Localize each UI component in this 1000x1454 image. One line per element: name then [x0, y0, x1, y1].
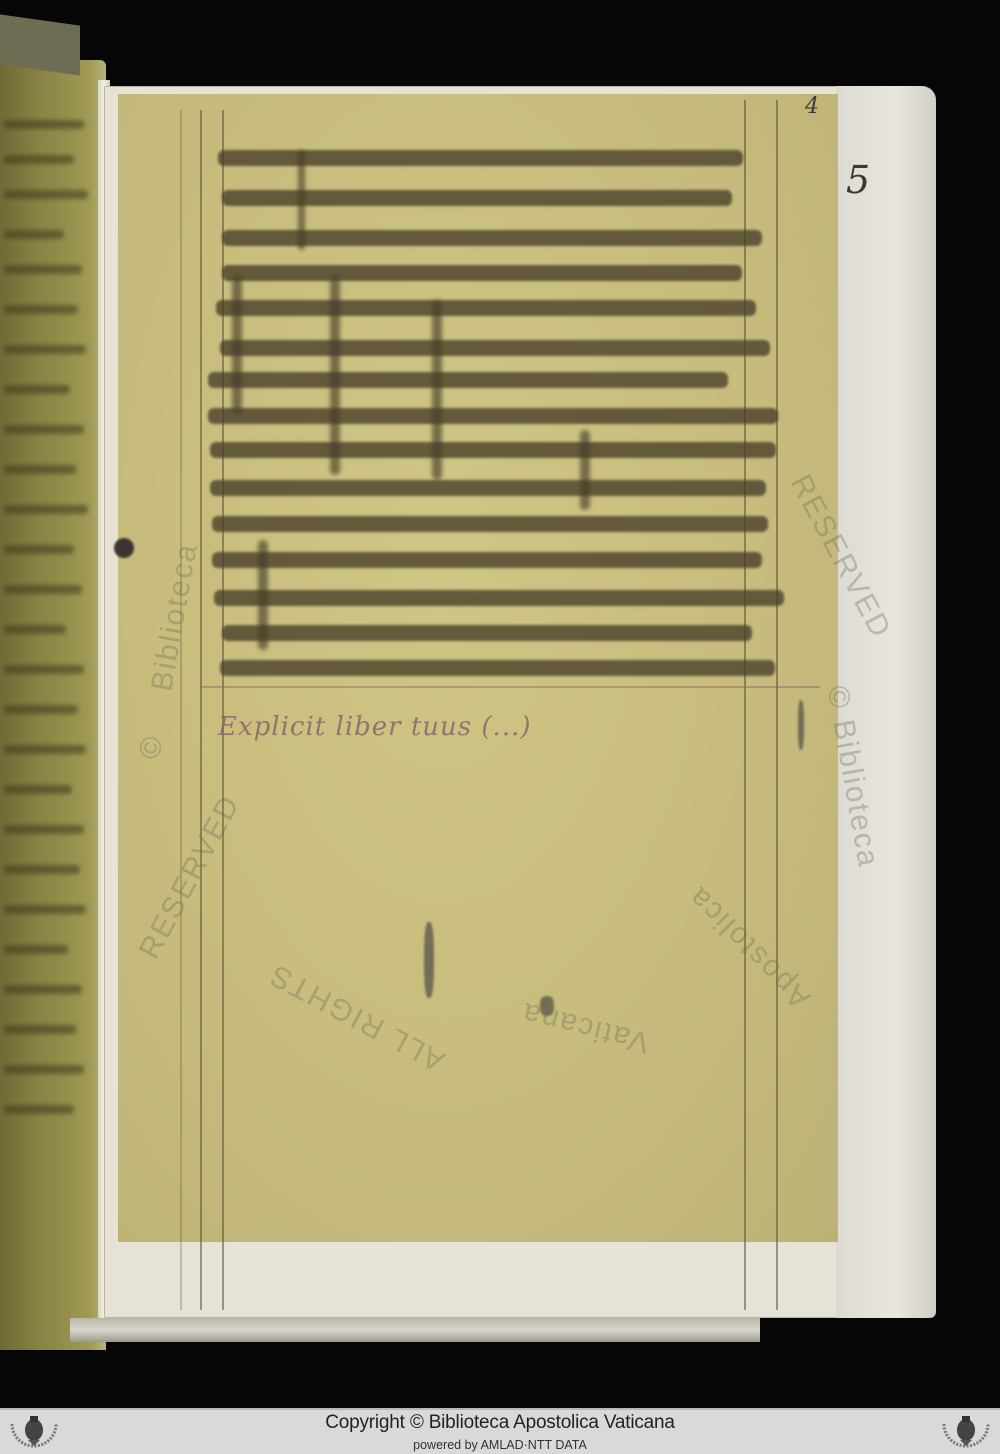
folio-number-ink: 4 [805, 94, 819, 119]
manuscript-viewer-stage: 4 5 Explicit liber tuus (...) Biblioteca… [0, 0, 1000, 1408]
ruling-line [776, 100, 778, 1310]
ruling-line [180, 110, 182, 1310]
copyright-footer: Copyright © Biblioteca Apostolica Vatica… [0, 1408, 1000, 1454]
ruling-line [222, 110, 224, 1310]
copyright-title: Copyright © Biblioteca Apostolica Vatica… [0, 1412, 1000, 1434]
explicit-rubric: Explicit liber tuus (...) [218, 712, 532, 742]
ruling-line [744, 100, 746, 1310]
facing-page-left [0, 60, 106, 1350]
ruling-line [200, 686, 820, 688]
powered-by-text: powered by AMLAD·NTT DATA [0, 1438, 1000, 1452]
ruling-line [200, 110, 202, 1310]
vatican-library-seal-icon [938, 1414, 994, 1454]
folio-number-pencil: 5 [846, 158, 870, 202]
book-board-bottom [70, 1318, 760, 1342]
